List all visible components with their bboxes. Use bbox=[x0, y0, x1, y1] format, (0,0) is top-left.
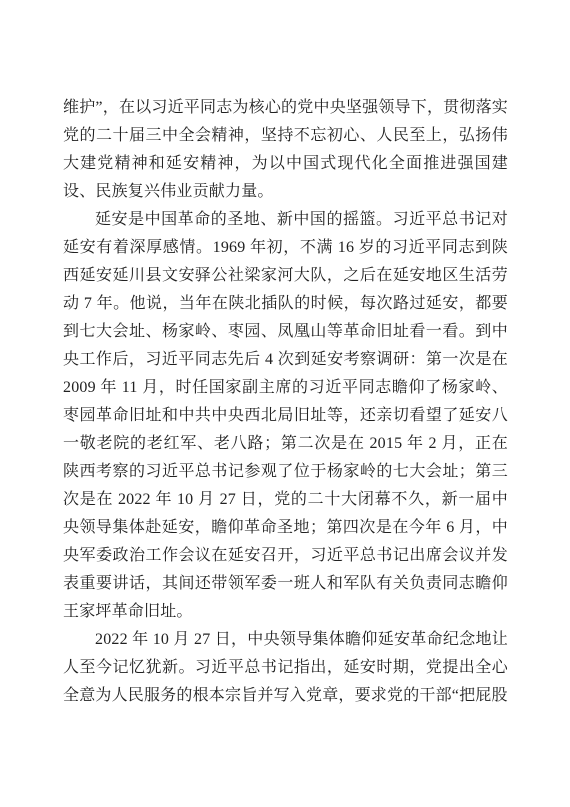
paragraph-continuation: 维护”，在以习近平同志为核心的党中央坚强领导下，贯彻落实党的二十届三中全会精神，… bbox=[63, 94, 508, 206]
paragraph: 延安是中国革命的圣地、新中国的摇篮。习近平总书记对延安有着深厚感情。1969 年… bbox=[63, 206, 508, 626]
document-page: 维护”，在以习近平同志为核心的党中央坚强领导下，贯彻落实党的二十届三中全会精神，… bbox=[0, 0, 570, 807]
document-body: 维护”，在以习近平同志为核心的党中央坚强领导下，贯彻落实党的二十届三中全会精神，… bbox=[63, 94, 508, 710]
paragraph-truncated: 2022 年 10 月 27 日，中央领导集体瞻仰延安革命纪念地让人至今记忆犹新… bbox=[63, 626, 508, 710]
